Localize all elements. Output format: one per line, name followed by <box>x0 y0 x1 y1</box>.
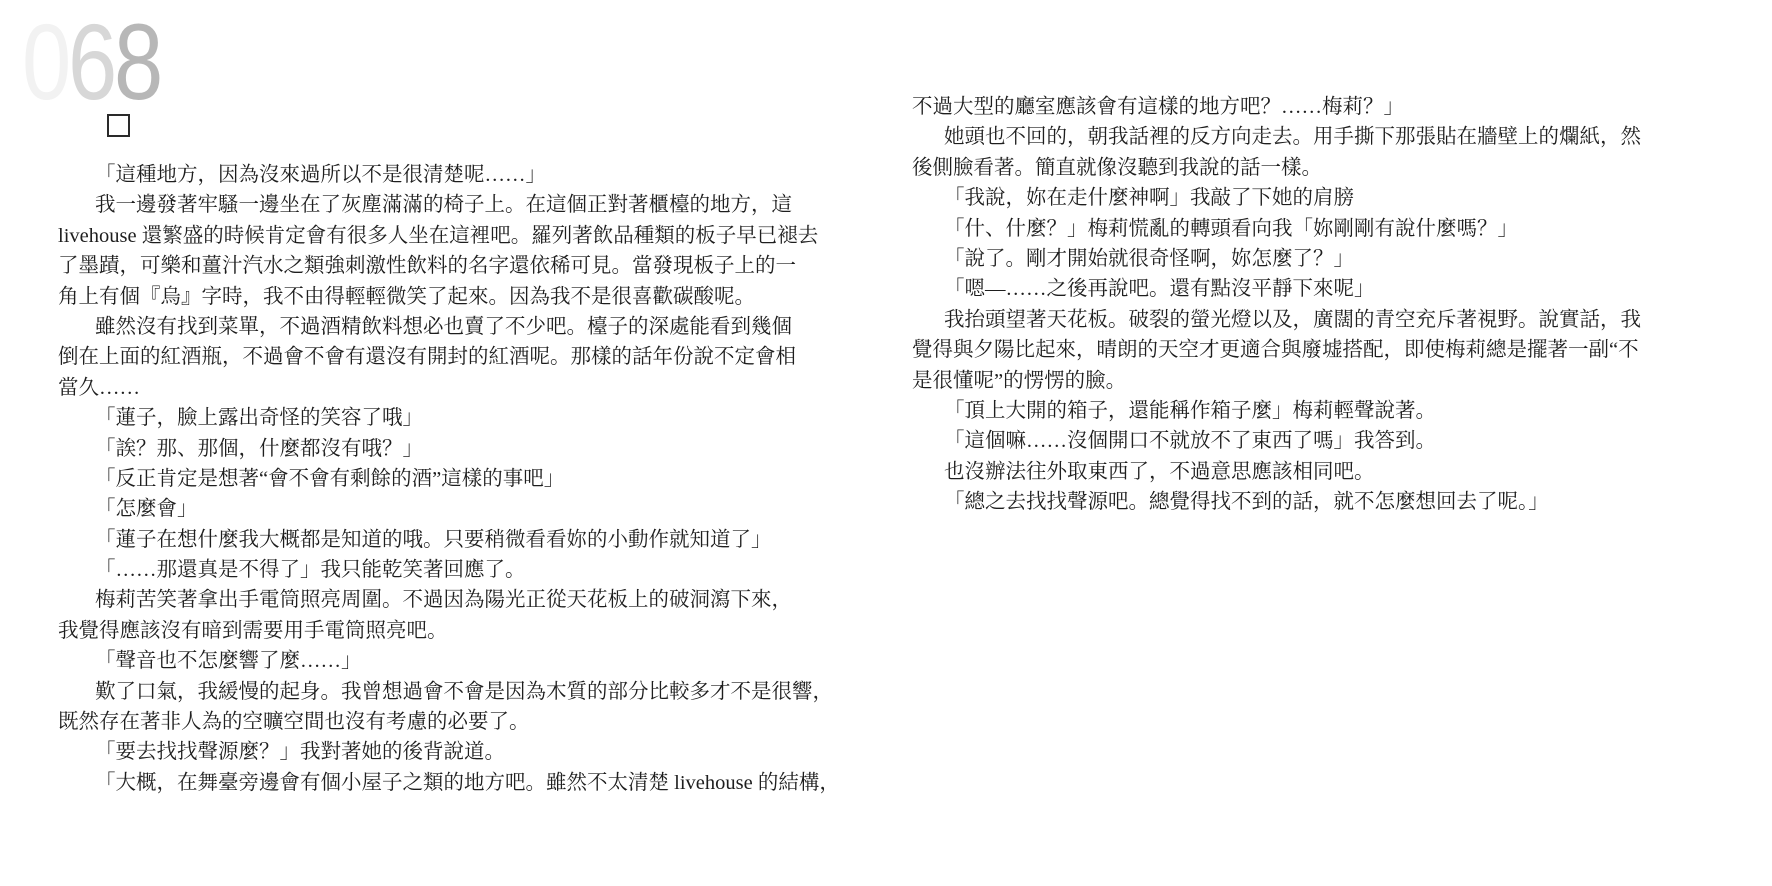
text-line: 後側臉看著。簡直就像沒聽到我說的話一樣。 <box>912 153 1582 183</box>
right-text-column: 不過大型的廳室應該會有這樣的地方吧？……梅莉？」她頭也不回的，朝我話裡的反方向走… <box>912 92 1582 517</box>
text-line: 「總之去找找聲源吧。總覺得找不到的話，就不怎麼想回去了呢。」 <box>912 487 1582 517</box>
text-line: 「要去找找聲源麼？」我對著她的後背說道。 <box>58 737 803 767</box>
text-line: 「這個嘛……沒個開口不就放不了東西了嗎」我答到。 <box>912 426 1582 456</box>
text-line: 她頭也不回的，朝我話裡的反方向走去。用手撕下那張貼在牆壁上的爛紙，然 <box>912 122 1582 152</box>
page-number-digit-1: 6 <box>68 1 114 122</box>
text-line: 「說了。剛才開始就很奇怪啊，妳怎麼了？」 <box>912 244 1582 274</box>
text-line: 梅莉苦笑著拿出手電筒照亮周圍。不過因為陽光正從天花板上的破洞瀉下來， <box>58 585 803 615</box>
text-line: 「誒？那、那個，什麼都沒有哦？」 <box>58 434 803 464</box>
page-number-digit-2: 8 <box>114 1 160 122</box>
text-line: 我一邊發著牢騷一邊坐在了灰塵滿滿的椅子上。在這個正對著櫃檯的地方，這 <box>58 190 803 220</box>
text-line: 「這種地方，因為沒來過所以不是很清楚呢……」 <box>58 160 803 190</box>
text-line: 「我說，妳在走什麼神啊」我敲了下她的肩膀 <box>912 183 1582 213</box>
text-line: 「蓮子在想什麼我大概都是知道的哦。只要稍微看看妳的小動作就知道了」 <box>58 525 803 555</box>
text-line: 當久…… <box>58 373 803 403</box>
text-line: 「頂上大開的箱子，還能稱作箱子麼」梅莉輕聲說著。 <box>912 396 1582 426</box>
text-line: 不過大型的廳室應該會有這樣的地方吧？……梅莉？」 <box>912 92 1582 122</box>
page-number-digit-0: 0 <box>22 1 68 122</box>
text-line: 「什、什麼？」梅莉慌亂的轉頭看向我「妳剛剛有說什麼嗎？」 <box>912 214 1582 244</box>
text-line: 我抬頭望著天花板。破裂的螢光燈以及，廣闊的青空充斥著視野。說實話，我 <box>912 305 1582 335</box>
text-line: 我覺得應該沒有暗到需要用手電筒照亮吧。 <box>58 616 803 646</box>
text-line: 雖然沒有找到菜單，不過酒精飲料想必也賣了不少吧。檯子的深處能看到幾個 <box>58 312 803 342</box>
text-line: 是很懂呢”的愣愣的臉。 <box>912 366 1582 396</box>
text-line: 倒在上面的紅酒瓶，不過會不會有還沒有開封的紅酒呢。那樣的話年份說不定會相 <box>58 342 803 372</box>
text-line: 角上有個『烏』字時，我不由得輕輕微笑了起來。因為我不是很喜歡碳酸呢。 <box>58 282 803 312</box>
section-marker-square <box>107 114 130 137</box>
text-line: 也沒辦法往外取東西了，不過意思應該相同吧。 <box>912 457 1582 487</box>
text-line: 了墨蹟，可樂和薑汁汽水之類強刺激性飲料的名字還依稀可見。當發現板子上的一 <box>58 251 803 281</box>
left-text-column: 「這種地方，因為沒來過所以不是很清楚呢……」我一邊發著牢騷一邊坐在了灰塵滿滿的椅… <box>58 160 803 798</box>
text-line: 「反正肯定是想著“會不會有剩餘的酒”這樣的事吧」 <box>58 464 803 494</box>
text-line: 「……那還真是不得了」我只能乾笑著回應了。 <box>58 555 803 585</box>
text-line: 覺得與夕陽比起來，晴朗的天空才更適合與廢墟搭配，即使梅莉總是擺著一副“不 <box>912 335 1582 365</box>
text-line: 「嗯—……之後再說吧。還有點沒平靜下來呢」 <box>912 274 1582 304</box>
text-line: 「怎麼會」 <box>58 494 803 524</box>
text-line: livehouse 還繁盛的時候肯定會有很多人坐在這裡吧。羅列著飲品種類的板子早… <box>58 221 803 251</box>
text-line: 「大概，在舞臺旁邊會有個小屋子之類的地方吧。雖然不太清楚 livehouse 的… <box>58 768 803 798</box>
text-line: 「聲音也不怎麼響了麼……」 <box>58 646 803 676</box>
text-line: 既然存在著非人為的空曠空間也沒有考慮的必要了。 <box>58 707 803 737</box>
text-line: 歎了口氣，我緩慢的起身。我曾想過會不會是因為木質的部分比較多才不是很響， <box>58 677 803 707</box>
text-line: 「蓮子，臉上露出奇怪的笑容了哦」 <box>58 403 803 433</box>
page-number: 068 <box>22 8 160 116</box>
